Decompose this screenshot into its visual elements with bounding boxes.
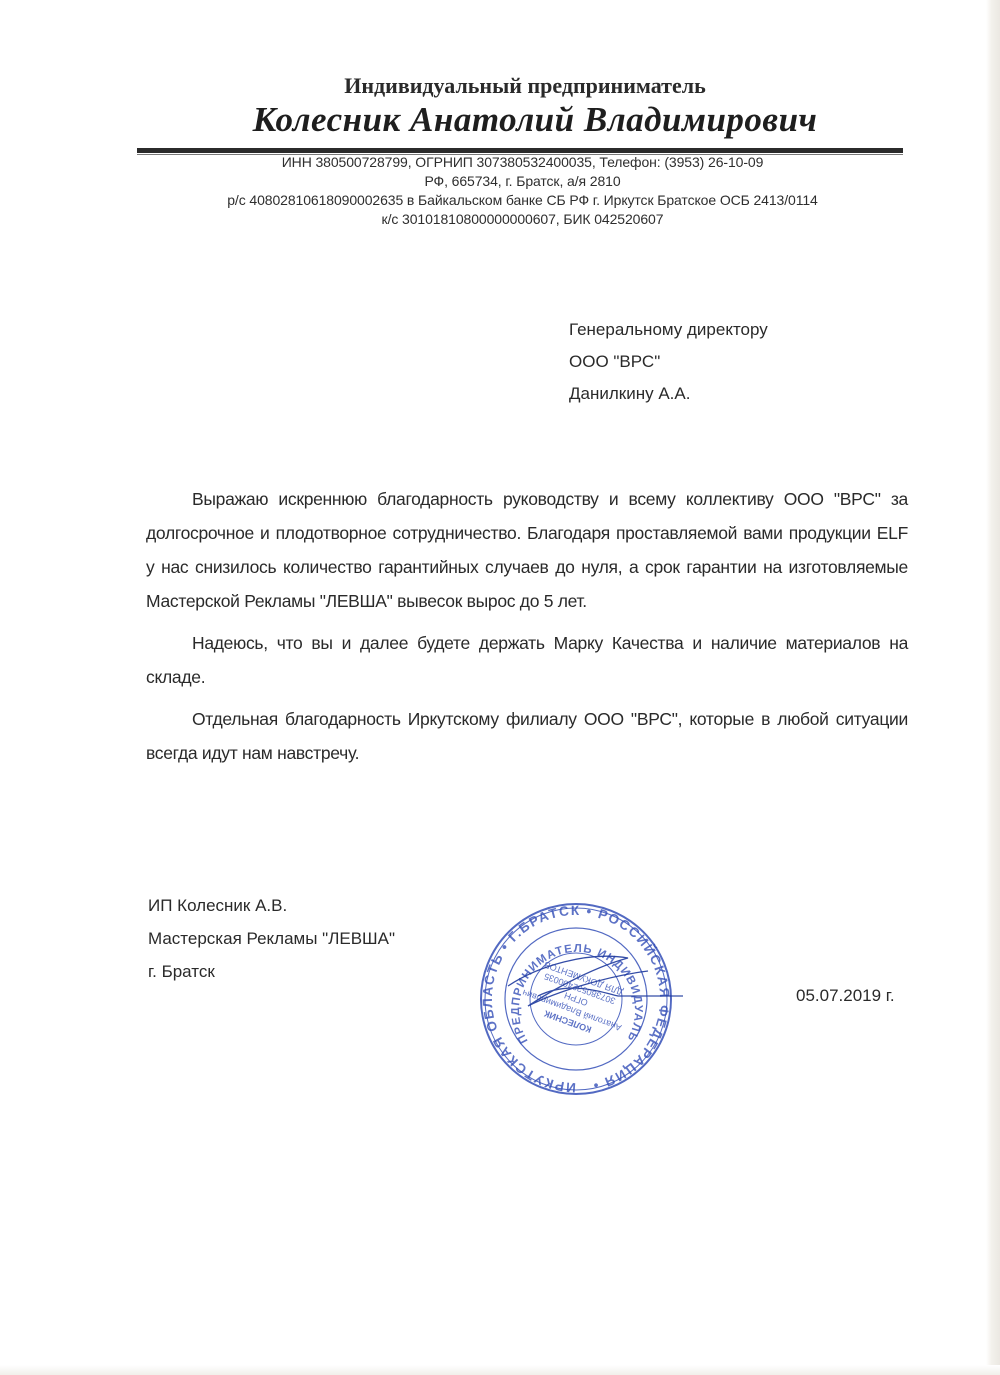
body-paragraph: Надеюсь, что вы и далее будете держать М… — [146, 626, 908, 694]
signature-block: ИП Колесник А.В. Мастерская Рекламы "ЛЕВ… — [148, 889, 395, 988]
stamp-seal: ИРКУТСКАЯ ОБЛАСТЬ • Г.БРАТСК • РОССИЙСКА… — [468, 896, 688, 1101]
requisites-line: р/с 40802810618090002635 в Байкальском б… — [0, 191, 1000, 210]
addressee-line: ООО "ВРС" — [569, 346, 768, 378]
requisites-line: к/с 30101810800000000607, БИК 042520607 — [0, 210, 1000, 229]
addressee-line: Данилкину А.А. — [569, 378, 768, 410]
stamp-seal-icon: ИРКУТСКАЯ ОБЛАСТЬ • Г.БРАТСК • РОССИЙСКА… — [468, 896, 688, 1101]
body-paragraph: Выражаю искреннюю благодарность руководс… — [146, 482, 908, 618]
signature-line: г. Братск — [148, 955, 395, 988]
requisites-line: РФ, 665734, г. Братск, а/я 2810 — [0, 172, 1000, 191]
letter-date: 05.07.2019 г. — [796, 986, 895, 1006]
letterhead-title: Индивидуальный предприниматель — [0, 73, 1000, 99]
body-paragraph: Отдельная благодарность Иркутскому филиа… — [146, 702, 908, 770]
signature-line: ИП Колесник А.В. — [148, 889, 395, 922]
letterhead-name: Колесник Анатолий Владимирович — [0, 100, 1000, 140]
letterhead-requisites: ИНН 380500728799, ОГРНИП 307380532400035… — [0, 153, 1000, 229]
scan-edge-bottom — [0, 1365, 1000, 1375]
addressee-line: Генеральному директору — [569, 314, 768, 346]
signature-line: Мастерская Рекламы "ЛЕВША" — [148, 922, 395, 955]
letter-body: Выражаю искреннюю благодарность руководс… — [146, 482, 908, 778]
addressee-block: Генеральному директору ООО "ВРС" Данилки… — [569, 314, 768, 410]
requisites-line: ИНН 380500728799, ОГРНИП 307380532400035… — [0, 153, 1000, 172]
